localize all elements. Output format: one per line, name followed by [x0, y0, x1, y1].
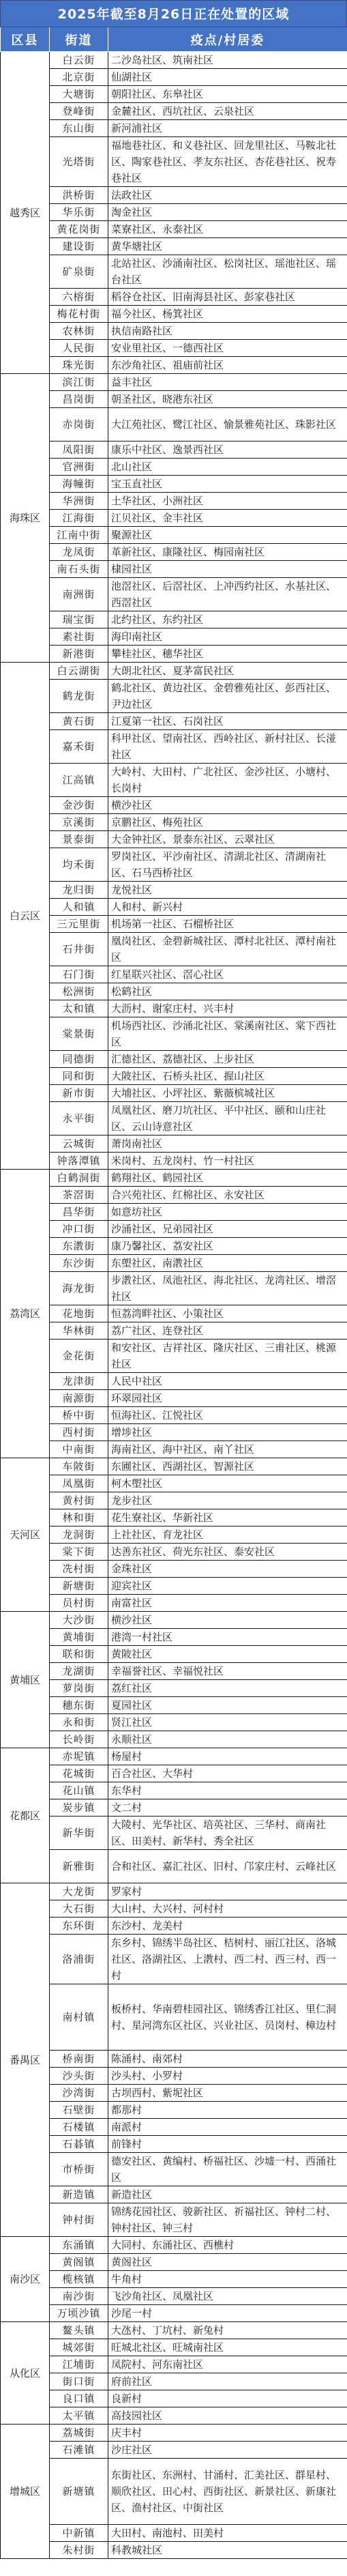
table-row: 海珠区滨江街益丰社区 [1, 374, 347, 391]
table-row: 矿泉街北站社区、沙涌南社区、松岗社区、瑶池社区、瑶台社区 [1, 255, 347, 289]
table-row: 华林街荔广社区、连登社区 [1, 1322, 347, 1340]
areas-cell: 黄陂社区 [108, 1646, 347, 1663]
table-row: 增城区荔城街庆丰村 [1, 2425, 347, 2442]
street-cell: 江海街 [50, 510, 108, 527]
street-cell: 南村镇 [50, 1984, 108, 2051]
table-row: 松洲街松鹤社区 [1, 983, 347, 1000]
table-row: 新雅街合和社区、嘉汇社区、旧村、邝家庄村、云峰社区 [1, 1850, 347, 1883]
areas-cell: 和安社区、吉祥社区、隆庆社区、三甫社区、桃源社区 [108, 1340, 347, 1373]
areas-cell: 前锋村 [108, 2136, 347, 2153]
street-cell: 龙凤街 [50, 544, 108, 561]
table-row: 街口街府前社区 [1, 2373, 347, 2390]
areas-cell: 池滘社区、后滘社区、上冲西约社区、水基社区、西滘社区 [108, 578, 347, 611]
table-row: 昌岗街朝圣社区、晓港东社区 [1, 391, 347, 408]
street-cell: 华洲街 [50, 493, 108, 510]
street-cell: 嘉禾街 [50, 730, 108, 764]
areas-cell: 东沙角社区、祖庙前社区 [108, 357, 347, 374]
street-cell: 花山镇 [50, 1782, 108, 1799]
table-row: 炭步镇文二村 [1, 1799, 347, 1817]
table-row: 南沙区东涌镇大同村、东涌社区、西樵村 [1, 2237, 347, 2254]
table-row: 茶滘街合兴苑社区、红棉社区、永安社区 [1, 1187, 347, 1204]
table-row: 良口镇良新村 [1, 2390, 347, 2407]
areas-cell: 金麓社区、西坑社区、云泉社区 [108, 103, 347, 120]
street-cell: 新华街 [50, 1817, 108, 1850]
street-cell: 六榕街 [50, 289, 108, 306]
areas-cell: 陈涌村、南郊村 [108, 2051, 347, 2068]
street-cell: 赤坭镇 [50, 1748, 108, 1765]
table-row: 龙湖街幸福誉社区、幸福悦社区 [1, 1663, 347, 1680]
street-cell: 石壁街 [50, 2102, 108, 2119]
street-cell: 大沙街 [50, 1612, 108, 1629]
street-cell: 人民街 [50, 340, 108, 357]
areas-cell: 文二村 [108, 1799, 347, 1817]
table-row: 建设街黄华塘社区 [1, 238, 347, 255]
street-cell: 新港街 [50, 646, 108, 663]
areas-cell: 执信南路社区 [108, 323, 347, 340]
areas-cell: 东街社区、东洲村、甘涌村、汇美社区、群星村、顺欣社区、田心村、西街社区、新景社区… [108, 2459, 347, 2525]
table-row: 联和街黄陂社区 [1, 1646, 347, 1663]
street-cell: 龙津街 [50, 1373, 108, 1390]
areas-cell: 科教城社区 [108, 2542, 347, 2559]
district-cell: 花都区 [1, 1748, 50, 1883]
areas-cell: 二沙岛社区、筑南社区 [108, 52, 347, 69]
street-cell: 棠下街 [50, 1544, 108, 1561]
street-cell: 城郊街 [50, 2339, 108, 2356]
areas-cell: 稻谷仓社区、旧南海县社区、彭家巷社区 [108, 289, 347, 306]
areas-cell: 黄阁社区 [108, 2254, 347, 2271]
table-row: 鹤龙街鹤北社区、黄边社区、金碧雅苑社区、彭西社区、尹边社区 [1, 680, 347, 713]
areas-cell: 幸福誉社区、幸福悦社区 [108, 1663, 347, 1680]
district-cell: 白云区 [1, 663, 50, 1170]
street-cell: 榄核镇 [50, 2271, 108, 2288]
areas-cell: 高技园社区 [108, 2407, 347, 2425]
street-cell: 永平街 [50, 1102, 108, 1135]
areas-cell: 凰岗社区、金碧新城社区、潭村北社区、潭村南社区 [108, 933, 347, 966]
street-cell: 新造镇 [50, 2186, 108, 2203]
table-row: 农林街执信南路社区 [1, 323, 347, 340]
street-cell: 花城街 [50, 1765, 108, 1782]
table-row: 瑞宝街北约社区、东约社区 [1, 611, 347, 628]
street-cell: 官洲街 [50, 459, 108, 476]
areas-cell: 北约社区、东约社区 [108, 611, 347, 628]
street-cell: 南沙街 [50, 2288, 108, 2305]
areas-cell: 海南社区、海中社区、南丫社区 [108, 1441, 347, 1458]
table-row: 新造镇新造社区 [1, 2186, 347, 2203]
street-cell: 联和街 [50, 1646, 108, 1663]
table-row: 海龙街步漖社区、凤池社区、海北社区、龙湾社区、增滘社区 [1, 1272, 347, 1305]
table-row: 黄村街龙步社区 [1, 1492, 347, 1509]
areas-cell: 革新社区、康隆社区、梅园南社区 [108, 544, 347, 561]
areas-cell: 法政社区 [108, 187, 347, 204]
table-row: 京溪街京鹏社区、梅苑社区 [1, 814, 347, 831]
street-cell: 石滩镇 [50, 2442, 108, 2459]
street-cell: 茶滘街 [50, 1187, 108, 1204]
areas-cell: 大陵村、光华社区、培英社区、三华村、商南社区、田美村、新华村、秀全社区 [108, 1817, 347, 1850]
street-cell: 南石头街 [50, 561, 108, 578]
table-row: 龙凤街革新社区、康隆社区、梅园南社区 [1, 544, 347, 561]
street-cell: 石碁镇 [50, 2136, 108, 2153]
areas-cell: 康乃馨社区、荔安社区 [108, 1238, 347, 1255]
areas-cell: 东沙村、龙美村 [108, 1917, 347, 1935]
areas-cell: 罗岗社区、平沙南社区、清湖北社区、清湖南社区、石马西桥社区 [108, 848, 347, 882]
table-row: 素社街海印南社区 [1, 628, 347, 646]
street-cell: 员村街 [50, 1595, 108, 1612]
areas-cell: 宝玉直社区 [108, 476, 347, 493]
table-row: 花城街百合社区、大华村 [1, 1765, 347, 1782]
table-row: 石滩镇沙庄社区 [1, 2442, 347, 2459]
areas-cell: 大沥村、谢家庄村、兴丰村 [108, 1000, 347, 1017]
areas-cell: 朝阳社区、东皋社区 [108, 86, 347, 103]
street-cell: 南洲街 [50, 578, 108, 611]
street-cell: 梅花村街 [50, 306, 108, 323]
district-cell: 天河区 [1, 1458, 50, 1612]
table-row: 西村街增埗社区 [1, 1424, 347, 1441]
street-cell: 黄花岗街 [50, 221, 108, 238]
areas-cell: 合和社区、嘉汇社区、旧村、邝家庄村、云峰社区 [108, 1850, 347, 1883]
areas-cell: 府前社区 [108, 2373, 347, 2390]
areas-cell: 机场西社区、沙涌北社区、棠溪南社区、棠下西社区 [108, 1017, 347, 1051]
areas-cell: 北站社区、沙涌南社区、松岗社区、瑶池社区、瑶台社区 [108, 255, 347, 289]
table-row: 越秀区白云街二沙岛社区、筑南社区 [1, 52, 347, 69]
areas-cell: 达善东社区、荷光东社区、泰安社区 [108, 1544, 347, 1561]
table-row: 棠下街达善东社区、荷光东社区、泰安社区 [1, 1544, 347, 1561]
street-cell: 桥中街 [50, 1407, 108, 1424]
table-row: 官洲街北山社区 [1, 459, 347, 476]
street-cell: 沙湾街 [50, 2085, 108, 2102]
table-row: 新华街大陵村、光华社区、培英社区、三华村、商南社区、田美村、新华村、秀全社区 [1, 1817, 347, 1850]
street-cell: 同德街 [50, 1051, 108, 1068]
street-cell: 东沙街 [50, 1255, 108, 1272]
street-cell: 滨江街 [50, 374, 108, 391]
street-cell: 中新镇 [50, 2525, 108, 2542]
street-cell: 洛浦街 [50, 1935, 108, 1984]
table-row: 三元里街机场第一社区、石榴桥社区 [1, 916, 347, 933]
street-cell: 石井街 [50, 933, 108, 966]
street-cell: 京溪街 [50, 814, 108, 831]
street-cell: 瑞宝街 [50, 611, 108, 628]
street-cell: 荔城街 [50, 2425, 108, 2442]
street-cell: 华林街 [50, 1322, 108, 1340]
street-cell: 登峰街 [50, 103, 108, 120]
street-cell: 萝岗街 [50, 1680, 108, 1697]
areas-cell: 庆丰村 [108, 2425, 347, 2442]
table-row: 荔湾区白鹤洞街鹤翔社区、鹤园社区 [1, 1170, 347, 1187]
street-cell: 炭步镇 [50, 1799, 108, 1817]
table-row: 华乐街淘金社区 [1, 204, 347, 221]
table-row: 城郊街旺城北社区、旺城南社区 [1, 2339, 347, 2356]
header-street: 街道 [50, 27, 108, 52]
street-cell: 石楼镇 [50, 2119, 108, 2136]
street-cell: 桥南街 [50, 2051, 108, 2068]
table-row: 同德街汇德社区、荔德社区、上步社区 [1, 1051, 347, 1068]
areas-cell: 增埗社区 [108, 1424, 347, 1441]
street-cell: 北京街 [50, 69, 108, 86]
table-row: 珠光街东沙角社区、祖庙前社区 [1, 357, 347, 374]
district-cell: 黄埔区 [1, 1612, 50, 1748]
areas-cell: 东圃社区、西湖社区、智源社区 [108, 1458, 347, 1475]
street-cell: 凤阳街 [50, 442, 108, 459]
street-cell: 中南街 [50, 1441, 108, 1458]
street-cell: 大石街 [50, 1900, 108, 1917]
street-cell: 新塘镇 [50, 2459, 108, 2525]
street-cell: 万顷沙镇 [50, 2305, 108, 2322]
areas-cell: 荔广社区、连登社区 [108, 1322, 347, 1340]
areas-cell: 益丰社区 [108, 374, 347, 391]
street-cell: 光塔街 [50, 137, 108, 187]
street-cell: 昌岗街 [50, 391, 108, 408]
table-row: 天河区车陂街东圃社区、西湖社区、智源社区 [1, 1458, 347, 1475]
table-row: 太和镇大沥村、谢家庄村、兴丰村 [1, 1000, 347, 1017]
table-row: 金花街和安社区、吉祥社区、隆庆社区、三甫社区、桃源社区 [1, 1340, 347, 1373]
areas-cell: 大同村、东涌社区、西樵村 [108, 2237, 347, 2254]
areas-cell: 人和村、新兴村 [108, 899, 347, 916]
areas-cell: 松鹤社区 [108, 983, 347, 1000]
street-cell: 海幢街 [50, 476, 108, 493]
district-cell: 番禺区 [1, 1883, 50, 2237]
areas-cell: 环翠园社区 [108, 1390, 347, 1407]
table-row: 冼村街金珠社区 [1, 1561, 347, 1578]
street-cell: 大塘街 [50, 86, 108, 103]
areas-cell: 大江苑社区、鹭江社区、愉景雅苑社区、珠影社区 [108, 408, 347, 442]
table-row: 同和街大陂社区、石桥头社区、握山社区 [1, 1068, 347, 1085]
table-body: 越秀区白云街二沙岛社区、筑南社区北京街仙湖社区大塘街朝阳社区、东皋社区登峰街金麓… [1, 52, 347, 2559]
areas-cell: 百合社区、大华村 [108, 1765, 347, 1782]
areas-cell: 东乡村、锦绣半岛社区、桔树村、丽江社区、洛城社区、洛湖社区、上漖村、西二村、西三… [108, 1935, 347, 1984]
table-row: 石楼镇南派村 [1, 2119, 347, 2136]
table-row: 新港街攀桂社区、穗华社区 [1, 646, 347, 663]
district-cell: 荔湾区 [1, 1170, 50, 1458]
areas-cell: 大田村、南池村、田美村 [108, 2525, 347, 2542]
table-row: 黄埔区大沙街横沙社区 [1, 1612, 347, 1629]
table-row: 新塘街迎宾社区 [1, 1578, 347, 1595]
street-cell: 人和镇 [50, 899, 108, 916]
table-row: 江海街江贝社区、金丰社区 [1, 510, 347, 527]
areas-cell: 黄华塘社区 [108, 238, 347, 255]
table-row: 穗东街夏园社区 [1, 1697, 347, 1714]
table-row: 光塔街福地巷社区、和义巷社区、回龙里社区、马鞍北社区、陶家巷社区、孝友东社区、杏… [1, 137, 347, 187]
street-cell: 永和街 [50, 1714, 108, 1731]
table-row: 人民街安业里社区、一德西社区 [1, 340, 347, 357]
table-row: 棠景街机场西社区、沙涌北社区、棠溪南社区、棠下西社区 [1, 1017, 347, 1051]
areas-cell: 朝圣社区、晓港东社区 [108, 391, 347, 408]
areas-cell: 康乐中社区、逸景西社区 [108, 442, 347, 459]
street-cell: 洪桥街 [50, 187, 108, 204]
areas-cell: 新造社区 [108, 2186, 347, 2203]
district-cell: 增城区 [1, 2425, 50, 2559]
street-cell: 昌华街 [50, 1204, 108, 1221]
areas-cell: 大岭村、大田村、广北社区、金沙社区、小塘村、长岗村 [108, 764, 347, 797]
table-row: 石门街红星联兴社区、滘心社区 [1, 966, 347, 983]
table-row: 桥中街恒海社区、江悦社区 [1, 1407, 347, 1424]
outbreak-area-table-sheet: 2025年截至8月26日正在处置的区域 区县 街道 疫点/村居委 越秀区白云街二… [0, 0, 347, 2559]
street-cell: 长岭街 [50, 1731, 108, 1748]
areas-cell: 鹤北社区、黄边社区、金碧雅苑社区、彭西社区、尹边社区 [108, 680, 347, 713]
table-row: 海幢街宝玉直社区 [1, 476, 347, 493]
street-cell: 南源街 [50, 1390, 108, 1407]
table-row: 永和街贤江社区 [1, 1714, 347, 1731]
header-district: 区县 [1, 27, 50, 52]
areas-cell: 福地巷社区、和义巷社区、回龙里社区、马鞍北社区、陶家巷社区、孝友东社区、杏花巷社… [108, 137, 347, 187]
table-row: 花山镇东华村 [1, 1782, 347, 1799]
table-row: 员村街南富社区 [1, 1595, 347, 1612]
areas-cell: 罗家村 [108, 1883, 347, 1900]
table-row: 东漖街康乃馨社区、荔安社区 [1, 1238, 347, 1255]
street-cell: 新塘街 [50, 1578, 108, 1595]
street-cell: 龙归街 [50, 882, 108, 899]
table-row: 江埔街凤院村、河东南社区 [1, 2356, 347, 2373]
areas-cell: 永顺社区 [108, 1731, 347, 1748]
table-row: 赤岗街大江苑社区、鹭江社区、愉景雅苑社区、珠影社区 [1, 408, 347, 442]
table-row: 六榕街稻谷仓社区、旧南海县社区、彭家巷社区 [1, 289, 347, 306]
areas-cell: 大氹村、丁坑村、新兔村 [108, 2322, 347, 2339]
street-cell: 江高镇 [50, 764, 108, 797]
areas-cell: 德安社区、黄编村、桥福社区、沙墟一村、西涌社区 [108, 2153, 347, 2186]
header-areas: 疫点/村居委 [108, 27, 347, 52]
table-row: 沙湾街古坝西村、紫坭社区 [1, 2085, 347, 2102]
areas-cell: 米岗村、五龙岗村、竹一村社区 [108, 1153, 347, 1170]
table-row: 钟村街锦绣花园社区、骏新社区、祈福社区、钟村二村、钟村社区、钟三村 [1, 2203, 347, 2237]
table-row: 北京街仙湖社区 [1, 69, 347, 86]
areas-cell: 如意坊社区 [108, 1204, 347, 1221]
street-cell: 石门街 [50, 966, 108, 983]
areas-cell: 凤院村、河东南社区 [108, 2356, 347, 2373]
table-row: 南源街环翠园社区 [1, 1390, 347, 1407]
table-row: 黄埔街港湾一村社区 [1, 1629, 347, 1646]
areas-cell: 福今社区、杨箕社区 [108, 306, 347, 323]
street-cell: 东环街 [50, 1917, 108, 1935]
table-row: 萝岗街荔红社区 [1, 1680, 347, 1697]
street-cell: 江南中街 [50, 527, 108, 544]
areas-cell: 锦绣花园社区、骏新社区、祈福社区、钟村二村、钟村社区、钟三村 [108, 2203, 347, 2237]
table-row: 太平镇高技园社区 [1, 2407, 347, 2425]
areas-cell: 江贝社区、金丰社区 [108, 510, 347, 527]
areas-cell: 南派村 [108, 2119, 347, 2136]
street-cell: 东漖街 [50, 1238, 108, 1255]
street-cell: 东涌镇 [50, 2237, 108, 2254]
table-row: 新市街大埔社区、小坪社区、紫薇槟城社区 [1, 1085, 347, 1102]
table-row: 南沙街飞沙角社区、凤凰社区 [1, 2288, 347, 2305]
table-row: 东沙街东塱社区、南漖社区 [1, 1255, 347, 1272]
street-cell: 农林街 [50, 323, 108, 340]
table-row: 凤凰街柯木塱社区 [1, 1475, 347, 1492]
areas-cell: 金珠社区 [108, 1561, 347, 1578]
areas-cell: 机场第一社区、石榴桥社区 [108, 916, 347, 933]
areas-cell: 新河浦社区 [108, 120, 347, 137]
areas-cell: 花生寮社区、华新社区 [108, 1509, 347, 1526]
street-cell: 金花街 [50, 1340, 108, 1373]
street-cell: 金沙街 [50, 797, 108, 814]
table-row: 云城街萧岗南社区 [1, 1135, 347, 1153]
areas-cell: 横沙社区 [108, 797, 347, 814]
street-cell: 建设街 [50, 238, 108, 255]
areas-cell: 合兴苑社区、红棉社区、永安社区 [108, 1187, 347, 1204]
table-title: 2025年截至8月26日正在处置的区域 [0, 0, 347, 27]
table-row: 登峰街金麓社区、西坑社区、云泉社区 [1, 103, 347, 120]
street-cell: 太和镇 [50, 1000, 108, 1017]
table-row: 林和街花生寮社区、华新社区 [1, 1509, 347, 1526]
street-cell: 同和街 [50, 1068, 108, 1085]
areas-cell: 沙涌社区、兄弟园社区 [108, 1221, 347, 1238]
table-row: 人和镇人和村、新兴村 [1, 899, 347, 916]
street-cell: 白云街 [50, 52, 108, 69]
table-row: 石井街凰岗社区、金碧新城社区、潭村北社区、潭村南社区 [1, 933, 347, 966]
areas-cell: 沙头村、小罗村 [108, 2068, 347, 2085]
areas-cell: 龙悦社区 [108, 882, 347, 899]
street-cell: 素社街 [50, 628, 108, 646]
table-row: 中南街海南社区、海中社区、南丫社区 [1, 1441, 347, 1458]
street-cell: 西村街 [50, 1424, 108, 1441]
areas-cell: 大金钟社区、景泰东社区、云翠社区 [108, 831, 347, 848]
areas-cell: 江夏第一社区、石岗社区 [108, 713, 347, 730]
table-row: 昌华街如意坊社区 [1, 1204, 347, 1221]
street-cell: 白云湖街 [50, 663, 108, 680]
areas-cell: 都那村 [108, 2102, 347, 2119]
street-cell: 矿泉街 [50, 255, 108, 289]
street-cell: 大龙街 [50, 1883, 108, 1900]
table-row: 大塘街朝阳社区、东皋社区 [1, 86, 347, 103]
table-row: 龙津街人民中社区 [1, 1373, 347, 1390]
areas-cell: 古坝西村、紫坭社区 [108, 2085, 347, 2102]
areas-cell: 良新村 [108, 2390, 347, 2407]
street-cell: 车陂街 [50, 1458, 108, 1475]
street-cell: 穗东街 [50, 1697, 108, 1714]
table-row: 石碁镇前锋村 [1, 2136, 347, 2153]
areas-cell: 仙湖社区 [108, 69, 347, 86]
table-row: 龙归街龙悦社区 [1, 882, 347, 899]
table-row: 黄花岗街菜寮社区、永泰社区 [1, 221, 347, 238]
table-row: 桥南街陈涌村、南郊村 [1, 2051, 347, 2068]
street-cell: 街口街 [50, 2373, 108, 2390]
street-cell: 黄阁镇 [50, 2254, 108, 2271]
areas-cell: 科甲社区、望南社区、西岭社区、新村社区、长湴社区 [108, 730, 347, 764]
street-cell: 黄埔街 [50, 1629, 108, 1646]
table-row: 永平街凤凰社区、磨刀坑社区、平中社区、颐和山庄社区、云山诗意社区 [1, 1102, 347, 1135]
table-row: 江南中街聚源社区 [1, 527, 347, 544]
street-cell: 景泰街 [50, 831, 108, 848]
areas-cell: 板桥村、华南碧桂园社区、锦绣香江社区、里仁洞村、星河湾东区社区、兴业社区、员岗村… [108, 1984, 347, 2051]
areas-cell: 上社社区、育龙社区 [108, 1526, 347, 1544]
street-cell: 江埔街 [50, 2356, 108, 2373]
areas-cell: 棣园社区 [108, 561, 347, 578]
street-cell: 龙湖街 [50, 1663, 108, 1680]
table-row: 南村镇板桥村、华南碧桂园社区、锦绣香江社区、里仁洞村、星河湾东区社区、兴业社区、… [1, 1984, 347, 2051]
areas-cell: 荔红社区 [108, 1680, 347, 1697]
areas-cell: 港湾一村社区 [108, 1629, 347, 1646]
table-row: 均禾街罗岗社区、平沙南社区、清湖北社区、清湖南社区、石马西桥社区 [1, 848, 347, 882]
table-row: 新塘镇东街社区、东洲村、甘涌村、汇美社区、群星村、顺欣社区、田心村、西街社区、新… [1, 2459, 347, 2525]
table-row: 黄阁镇黄阁社区 [1, 2254, 347, 2271]
street-cell: 华乐街 [50, 204, 108, 221]
table-row: 洛浦街东乡村、锦绣半岛社区、桔树村、丽江社区、洛城社区、洛湖社区、上漖村、西二村… [1, 1935, 347, 1984]
areas-cell: 安业里社区、一德西社区 [108, 340, 347, 357]
areas-cell: 杨屋村 [108, 1748, 347, 1765]
areas-cell: 大山村、大兴村、河村村 [108, 1900, 347, 1917]
areas-cell: 飞沙角社区、凤凰社区 [108, 2288, 347, 2305]
areas-cell: 海印南社区 [108, 628, 347, 646]
areas-cell: 京鹏社区、梅苑社区 [108, 814, 347, 831]
areas-cell: 柯木塱社区 [108, 1475, 347, 1492]
areas-cell: 大埔社区、小坪社区、紫薇槟城社区 [108, 1085, 347, 1102]
areas-cell: 汇德社区、荔德社区、上步社区 [108, 1051, 347, 1068]
table-row: 金沙街横沙社区 [1, 797, 347, 814]
areas-cell: 红星联兴社区、滘心社区 [108, 966, 347, 983]
table-row: 东山街新河浦社区 [1, 120, 347, 137]
table-row: 万顷沙镇沙尾一村 [1, 2305, 347, 2322]
table-row: 石壁街都那村 [1, 2102, 347, 2119]
street-cell: 东山街 [50, 120, 108, 137]
street-cell: 三元里街 [50, 916, 108, 933]
areas-cell: 淘金社区 [108, 204, 347, 221]
